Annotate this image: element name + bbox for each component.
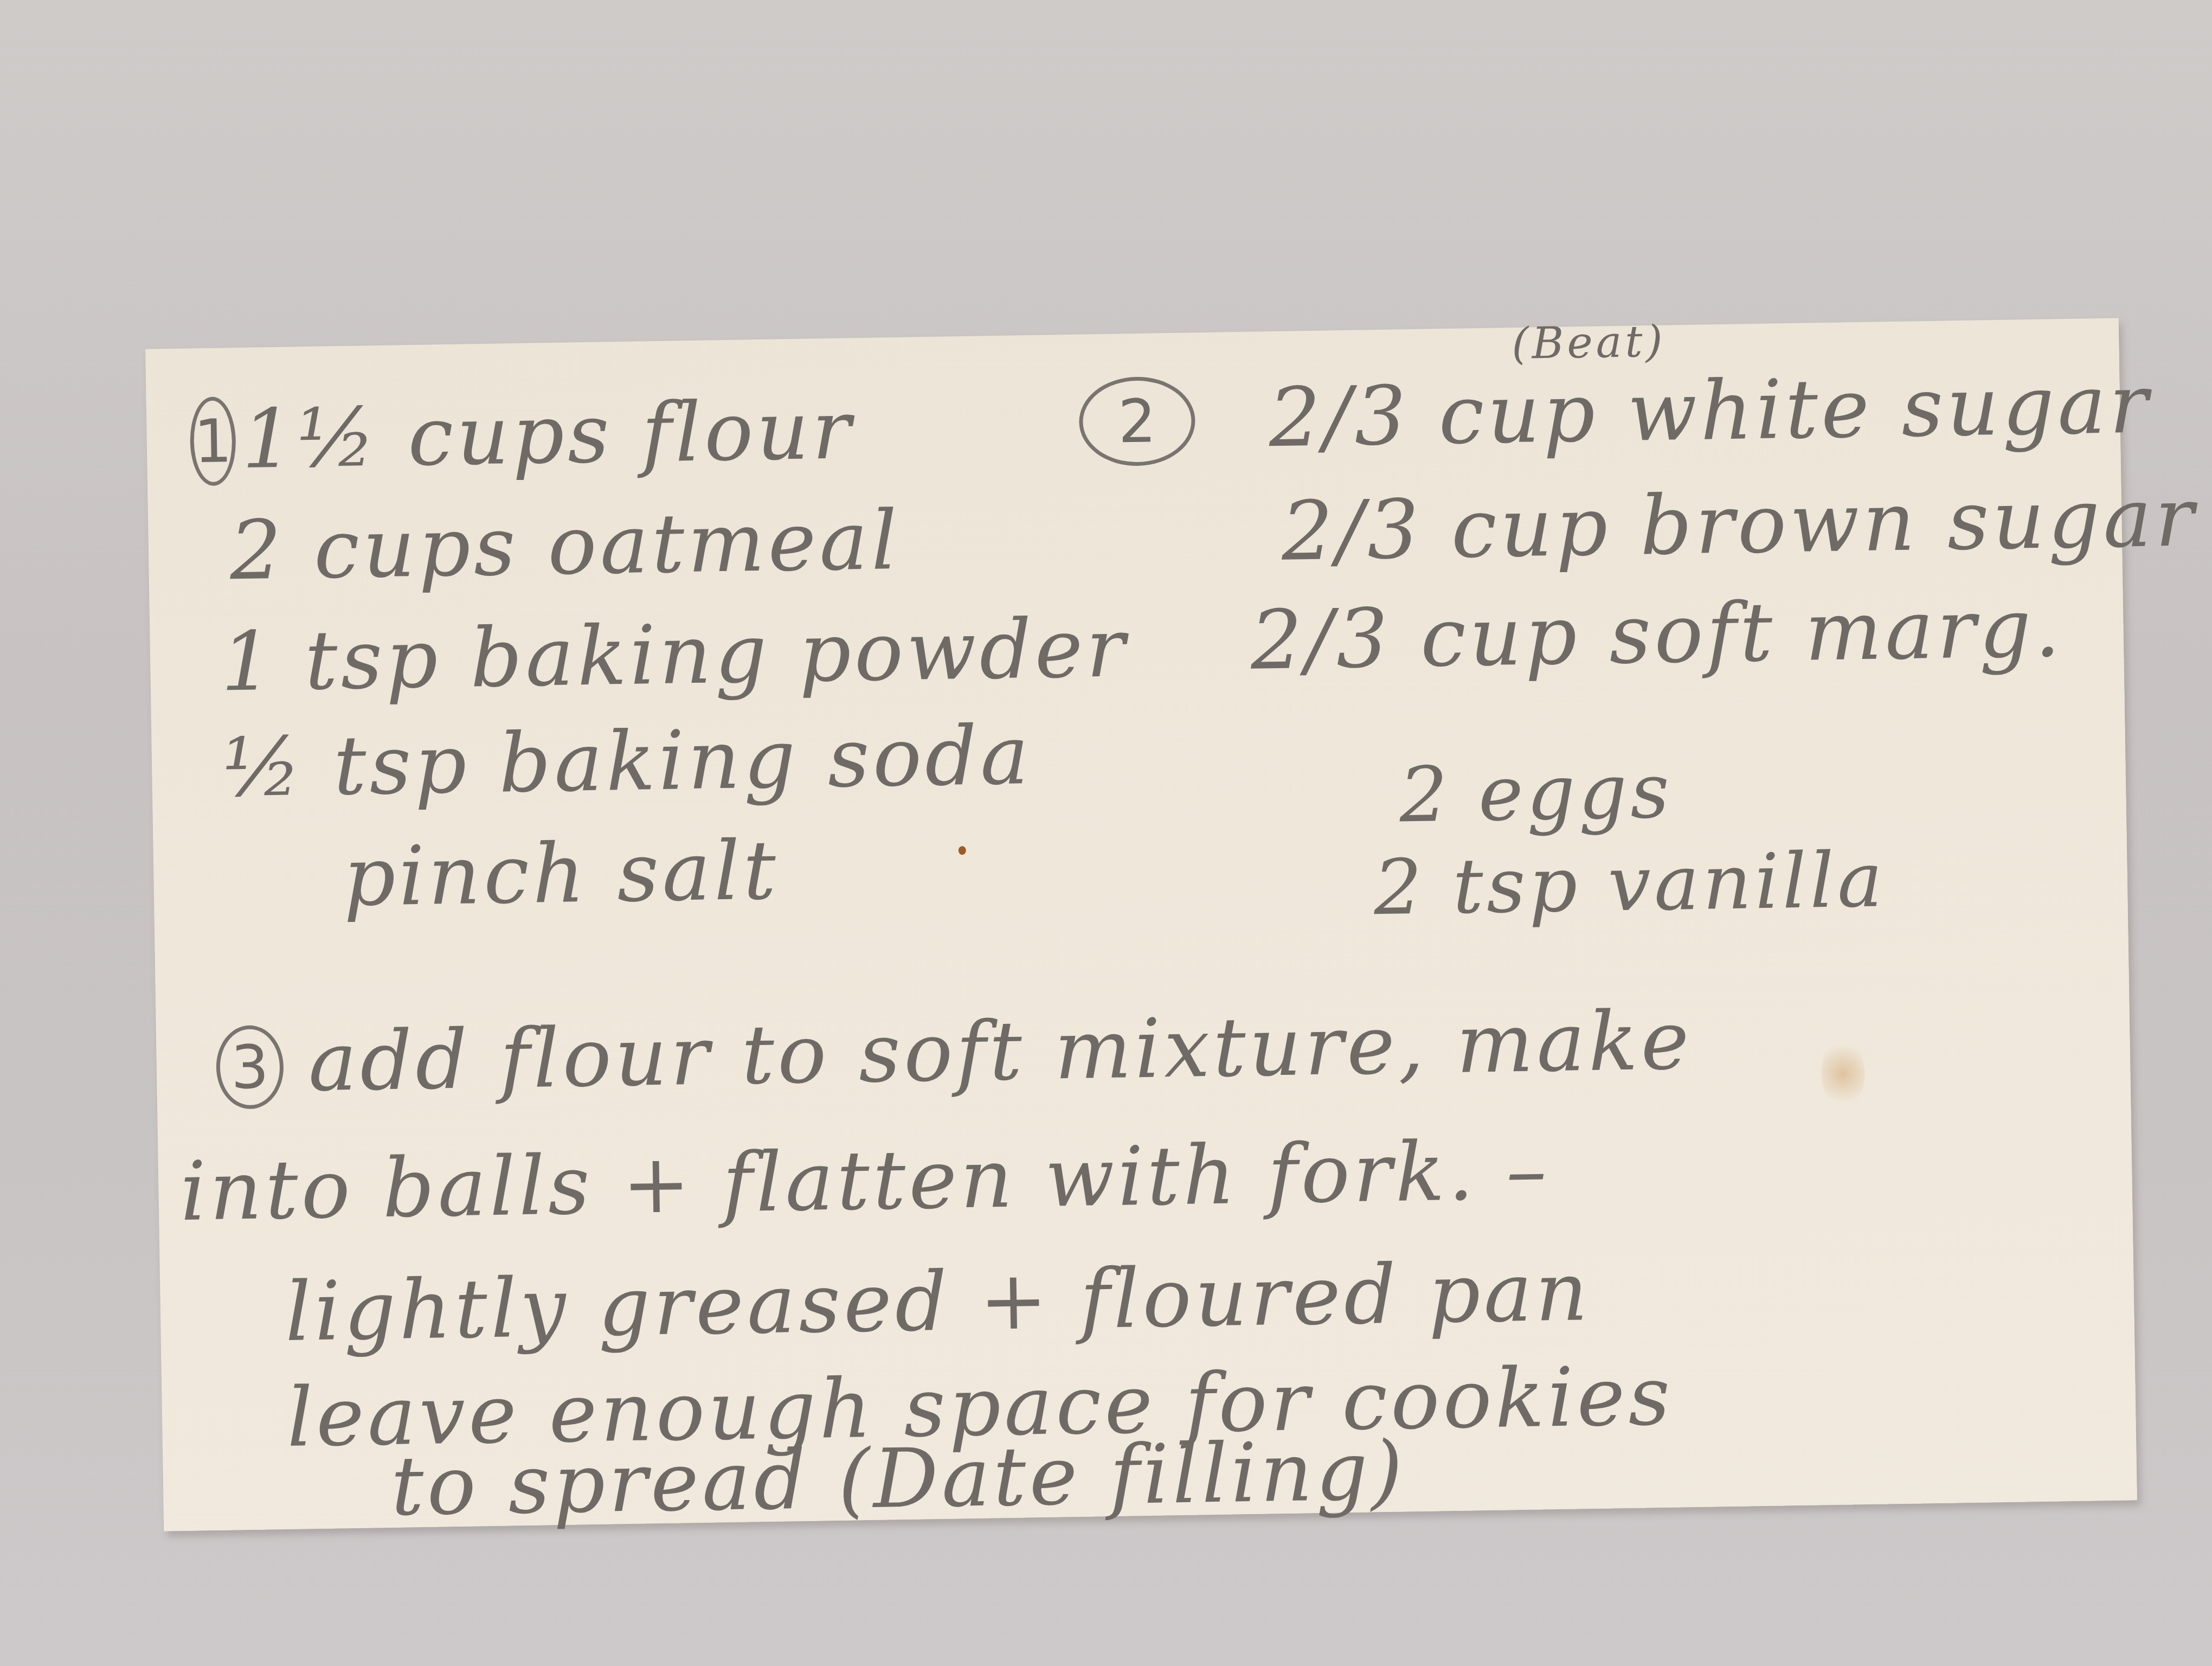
instruction-line-3: lightly greased + floured pan bbox=[285, 1251, 1592, 1353]
step-2-note: (Beat) bbox=[1512, 320, 1667, 366]
step-2-circle: 2 bbox=[1078, 376, 1196, 466]
step-2-number: 2 bbox=[1117, 386, 1156, 456]
step-1-circle: 1 bbox=[190, 396, 237, 486]
recipe-card: 1 1½ cups flour 2 cups oatmeal 1 tsp bak… bbox=[145, 318, 2137, 1532]
stain-mark bbox=[1821, 1038, 1865, 1109]
step-3-number: 3 bbox=[230, 1032, 269, 1102]
instruction-line-2: into balls + flatten with fork. – bbox=[179, 1130, 1551, 1233]
ingredient-vanilla: 2 tsp vanilla bbox=[1373, 842, 1886, 926]
ingredient-flour: 1½ cups flour bbox=[241, 389, 855, 480]
ingredient-oatmeal: 2 cups oatmeal bbox=[229, 500, 901, 592]
ingredient-white-sugar: 2/3 cup white sugar bbox=[1268, 364, 2152, 459]
ingredient-brown-sugar: 2/3 cup brown sugar bbox=[1281, 477, 2197, 573]
ingredient-baking-soda: ½ tsp baking soda bbox=[222, 715, 1033, 809]
ingredient-baking-powder: 1 tsp baking powder bbox=[220, 607, 1129, 703]
ingredient-eggs: 2 eggs bbox=[1399, 754, 1673, 834]
ingredient-salt: pinch salt bbox=[343, 830, 780, 918]
step-3-circle: 3 bbox=[216, 1025, 284, 1110]
ink-dot bbox=[959, 846, 966, 855]
step-1-number: 1 bbox=[194, 406, 233, 476]
instruction-line-5: to spread (Date filling) bbox=[390, 1430, 1407, 1527]
instruction-line-1: add flour to soft mixture, make bbox=[308, 1000, 1693, 1103]
ingredient-margarine: 2/3 cup soft marg. bbox=[1250, 587, 2064, 682]
